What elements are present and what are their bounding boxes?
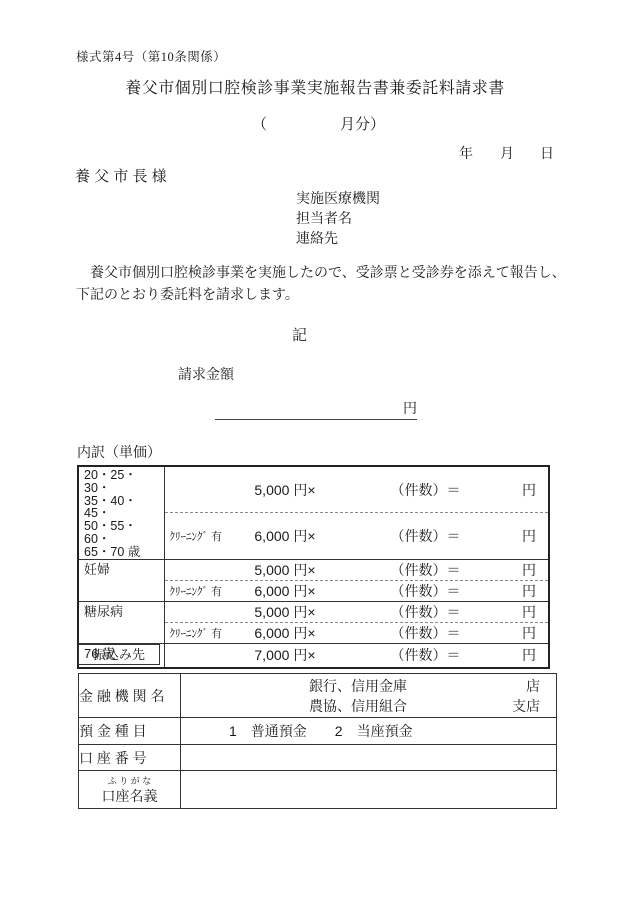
bank-type-options: 農協、信用組合	[309, 696, 407, 716]
claim-amount-unit: 円	[403, 400, 417, 416]
unit-price: 6,000 円×	[242, 623, 316, 643]
claim-amount-field[interactable]: 円	[215, 398, 417, 420]
form-number: 様式第4号（第10条関係）	[76, 47, 226, 65]
institution-label: 実施医療機関	[296, 188, 380, 208]
age-group-line: 50・55・60・	[84, 520, 162, 546]
furigana-label: ふ り が な	[79, 774, 180, 787]
breakdown-row-age-cleaning[interactable]: ｸﾘｰﾆﾝｸﾞ 有 6,000 円× （件数）＝ 円	[164, 513, 549, 560]
account-number-field[interactable]	[181, 745, 557, 771]
yen-label: 円	[522, 645, 548, 665]
date-month-label: 月	[500, 143, 514, 163]
age-group-line: 35・40・45・	[84, 495, 162, 521]
claim-amount-label: 請求金額	[178, 364, 234, 384]
breakdown-row-diabetes-basic[interactable]: 5,000 円× （件数）＝ 円	[164, 601, 549, 622]
branch-label: 支店	[512, 696, 540, 716]
count-label: （件数）＝	[391, 645, 461, 665]
unit-price: 6,000 円×	[242, 526, 316, 546]
breakdown-row-age-basic[interactable]: 5,000 円× （件数）＝ 円	[164, 466, 549, 513]
diabetes-label: 糖尿病	[78, 601, 164, 643]
breakdown-row-age76[interactable]: 7,000 円× （件数）＝ 円	[164, 643, 549, 668]
yen-label: 円	[522, 480, 548, 500]
breakdown-row-diabetes-cleaning[interactable]: ｸﾘｰﾆﾝｸﾞ 有 6,000 円× （件数）＝ 円	[164, 622, 549, 643]
account-holder-field[interactable]	[181, 771, 557, 809]
age-group-line: 65・70 歳	[84, 546, 162, 559]
note-marker: 記	[292, 324, 307, 345]
document-title: 養父市個別口腔検診事業実施報告書兼委託料請求書	[0, 75, 630, 98]
document-page: 様式第4号（第10条関係） 養父市個別口腔検診事業実施報告書兼委託料請求書 （ …	[0, 0, 630, 903]
yen-label: 円	[522, 623, 548, 643]
cleaning-label: ｸﾘｰﾆﾝｸﾞ 有	[165, 528, 242, 544]
yen-label: 円	[522, 560, 548, 580]
deposit-type-label: 預 金 種 目	[79, 718, 181, 745]
body-line-1: 養父市個別口腔検診事業を実施したので、受診票と受診券を添えて報告し、	[76, 261, 581, 283]
age-group-label: 20・25・30・ 35・40・45・ 50・55・60・ 65・70 歳	[78, 466, 164, 559]
yen-label: 円	[522, 581, 548, 601]
date-day-label: 日	[540, 143, 554, 163]
branch-label: 店	[526, 676, 540, 696]
month-label: 月分）	[340, 113, 385, 134]
cleaning-label: ｸﾘｰﾆﾝｸﾞ 有	[165, 583, 242, 599]
deposit-type-options: 1 普通預金 2 当座預金	[181, 721, 556, 741]
yen-label: 円	[522, 602, 548, 622]
bank-table: 金 融 機 関 名 銀行、信用金庫 店 農協、信用組合 支店 預 金 種 目 1…	[78, 673, 557, 809]
bank-type-options: 銀行、信用金庫	[309, 676, 407, 696]
addressee: 養 父 市 長 様	[75, 165, 167, 186]
contact-label: 連絡先	[296, 228, 338, 248]
yen-label: 円	[522, 526, 548, 546]
account-number-label: 口 座 番 号	[79, 745, 181, 771]
breakdown-table: 20・25・30・ 35・40・45・ 50・55・60・ 65・70 歳 5,…	[77, 465, 550, 669]
pregnant-label: 妊婦	[78, 559, 164, 601]
count-label: （件数）＝	[391, 581, 461, 601]
count-label: （件数）＝	[391, 526, 461, 546]
body-paragraph: 養父市個別口腔検診事業を実施したので、受診票と受診券を添えて報告し、 下記のとお…	[76, 261, 581, 305]
unit-price: 5,000 円×	[242, 560, 316, 580]
breakdown-row-pregnant-basic[interactable]: 5,000 円× （件数）＝ 円	[164, 559, 549, 580]
count-label: （件数）＝	[391, 560, 461, 580]
person-in-charge-label: 担当者名	[296, 208, 352, 228]
account-holder-label-cell: ふ り が な 口座名義	[79, 771, 181, 809]
breakdown-row-pregnant-cleaning[interactable]: ｸﾘｰﾆﾝｸﾞ 有 6,000 円× （件数）＝ 円	[164, 580, 549, 601]
count-label: （件数）＝	[391, 602, 461, 622]
deposit-type-field[interactable]: 1 普通預金 2 当座預金	[181, 718, 557, 745]
age-group-line: 20・25・30・	[84, 469, 162, 495]
transfer-destination-heading: 振込み先	[78, 644, 160, 665]
body-line-2: 下記のとおり委託料を請求します。	[76, 283, 581, 305]
breakdown-heading: 内訳（単価）	[77, 442, 161, 462]
bank-name-field[interactable]: 銀行、信用金庫 店 農協、信用組合 支店	[181, 674, 557, 718]
unit-price: 6,000 円×	[242, 581, 316, 601]
count-label: （件数）＝	[391, 623, 461, 643]
unit-price: 5,000 円×	[242, 602, 316, 622]
account-holder-label: 口座名義	[79, 787, 180, 805]
bank-name-label: 金 融 機 関 名	[79, 674, 181, 718]
group-label-line: 糖尿病	[84, 604, 162, 619]
unit-price: 5,000 円×	[242, 480, 316, 500]
month-open-paren: （	[252, 113, 267, 134]
count-label: （件数）＝	[391, 480, 461, 500]
cleaning-label: ｸﾘｰﾆﾝｸﾞ 有	[165, 625, 242, 641]
date-year-label: 年	[459, 143, 473, 163]
unit-price: 7,000 円×	[242, 645, 316, 665]
group-label-line: 妊婦	[84, 562, 162, 577]
